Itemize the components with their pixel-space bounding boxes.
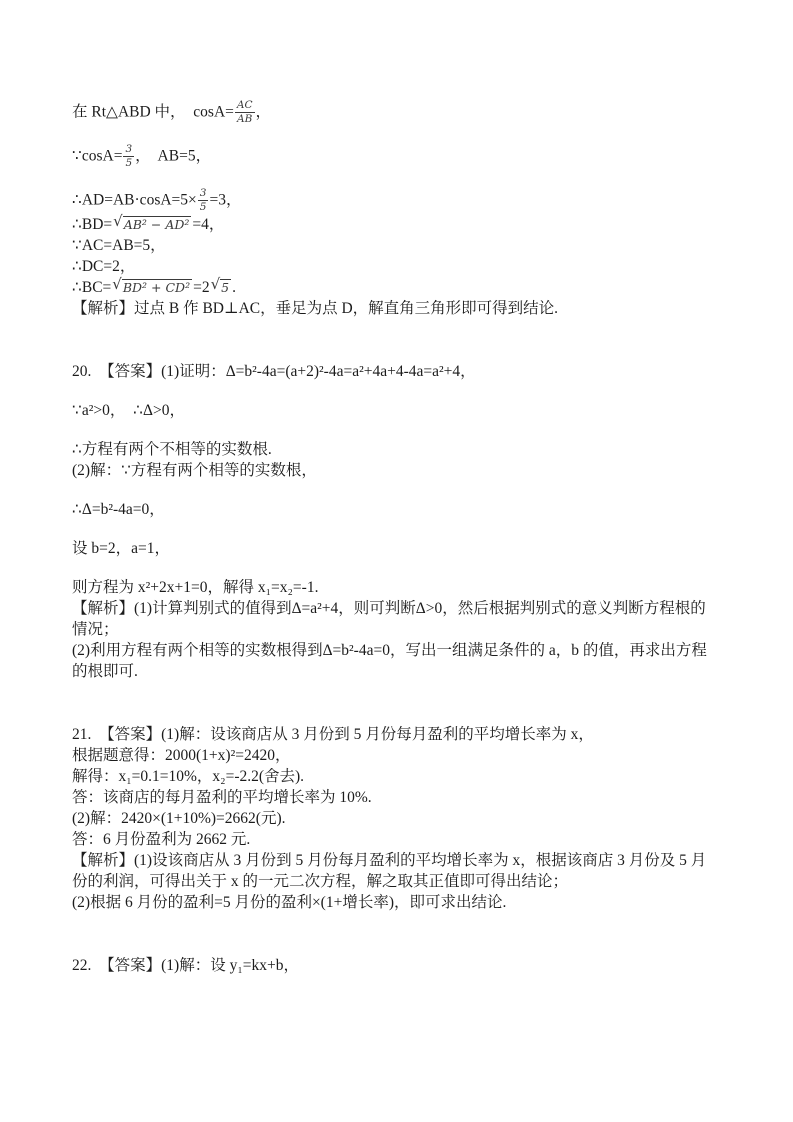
exam-answer-page: 在 Rt△ABD 中， cosA=ACAB，∵cosA=35， AB=5，∴AD…: [0, 0, 793, 1122]
text-run: (2)利用方程有两个相等的实数根得到Δ=b²-4a=0，写出一组满足条件的 a，…: [72, 642, 707, 659]
text-run: 21. 【答案】(1)解：设该商店从 3 月份到 5 月份每月盈利的平均增长率为…: [72, 726, 594, 743]
text-run: 份的利润，可得出关于 x 的一元二次方程，解之取其正值即可得出结论；: [72, 873, 568, 890]
text-run: 20. 【答案】(1)证明：Δ=b²-4a=(a+2)²-4a=a²+4a+4-…: [72, 363, 476, 380]
text-line: (2)根据 6 月份的盈利=5 月份的盈利×(1+增长率)，即可求出结论.: [72, 892, 735, 913]
text-line: ∵a²>0， ∴Δ>0，: [72, 400, 735, 421]
text-line: 设 b=2，a=1，: [72, 538, 735, 559]
text-run: 【解析】过点 B 作 BD⊥AC，垂足为点 D，解直角三角形即可得到结论.: [72, 300, 558, 317]
text-run: 【解析】(1)设该商店从 3 月份到 5 月份每月盈利的平均增长率为 x，根据该…: [72, 852, 706, 869]
text-line: ∴方程有两个不相等的实数根.: [72, 439, 735, 460]
text-run: (2)解：∵方程有两个相等的实数根，: [72, 462, 317, 479]
text-line: (2)解：2420×(1+10%)=2662(元).: [72, 808, 735, 829]
text-line: 答：该商店的每月盈利的平均增长率为 10%.: [72, 787, 735, 808]
text-line: 则方程为 x²+2x+1=0，解得 x₁=x₂=-1.: [72, 577, 735, 598]
text-line: 【解析】(1)设该商店从 3 月份到 5 月份每月盈利的平均增长率为 x，根据该…: [72, 850, 735, 871]
text-line: 答：6 月份盈利为 2662 元.: [72, 829, 735, 850]
text-run: 的根即可.: [72, 663, 138, 680]
text-run: ∴AD=AB·cosA=5×: [72, 192, 197, 209]
text-run: ∴DC=2，: [72, 258, 135, 275]
text-line: 20. 【答案】(1)证明：Δ=b²-4a=(a+2)²-4a=a²+4a+4-…: [72, 361, 735, 382]
text-line: 情况；: [72, 619, 735, 640]
text-line: ∴Δ=b²-4a=0，: [72, 499, 735, 520]
answer-21: 21. 【答案】(1)解：设该商店从 3 月份到 5 月份每月盈利的平均增长率为…: [72, 724, 735, 913]
text-run: ， AB=5，: [135, 148, 211, 165]
text-line: 在 Rt△ABD 中， cosA=ACAB，: [72, 100, 735, 126]
text-line: 份的利润，可得出关于 x 的一元二次方程，解之取其正值即可得出结论；: [72, 871, 735, 892]
text-run: 根据题意得：2000(1+x)²=2420，: [72, 747, 290, 764]
formula-fraction: 35: [198, 187, 209, 213]
text-run: ∵cosA=: [72, 148, 122, 165]
text-run: 在 Rt△ABD 中， cosA=: [72, 104, 234, 121]
text-line: 21. 【答案】(1)解：设该商店从 3 月份到 5 月份每月盈利的平均增长率为…: [72, 724, 735, 745]
text-run: 答：该商店的每月盈利的平均增长率为 10%.: [72, 789, 372, 806]
formula-fraction: ACAB: [235, 99, 255, 125]
text-line: ∴DC=2，: [72, 256, 735, 277]
text-run: .: [232, 279, 236, 296]
text-run: ∴BD=: [72, 216, 112, 233]
text-line: ∴AD=AB·cosA=5×35=3，: [72, 188, 735, 214]
text-run: =3，: [209, 192, 241, 209]
document-body: 在 Rt△ABD 中， cosA=ACAB，∵cosA=35， AB=5，∴AD…: [72, 100, 735, 976]
text-line: ∴BC=√BD² + CD²=2√5.: [72, 277, 735, 298]
answer-19-continuation: 在 Rt△ABD 中， cosA=ACAB，∵cosA=35， AB=5，∴AD…: [72, 100, 735, 319]
formula-radical: √5: [211, 277, 232, 298]
text-line: (2)解：∵方程有两个相等的实数根，: [72, 460, 735, 481]
formula-fraction: 35: [123, 143, 134, 169]
text-run: ∵AC=AB=5，: [72, 237, 166, 254]
text-line: 解得：x₁=0.1=10%，x₂=-2.2(舍去).: [72, 766, 735, 787]
text-run: (2)根据 6 月份的盈利=5 月份的盈利×(1+增长率)，即可求出结论.: [72, 894, 506, 911]
text-run: =4，: [192, 216, 224, 233]
text-run: 【解析】(1)计算判别式的值得到Δ=a²+4，则可判断Δ>0，然后根据判别式的意…: [72, 600, 706, 617]
text-run: 22. 【答案】(1)解：设 y₁=kx+b，: [72, 957, 299, 974]
text-line: ∵cosA=35， AB=5，: [72, 144, 735, 170]
text-line: 根据题意得：2000(1+x)²=2420，: [72, 745, 735, 766]
text-run: =2: [193, 279, 210, 296]
answer-20: 20. 【答案】(1)证明：Δ=b²-4a=(a+2)²-4a=a²+4a+4-…: [72, 361, 735, 682]
text-run: 解得：x₁=0.1=10%，x₂=-2.2(舍去).: [72, 768, 304, 785]
answer-22: 22. 【答案】(1)解：设 y₁=kx+b，: [72, 955, 735, 976]
formula-radical: √BD² + CD²: [112, 277, 192, 298]
text-line: ∵AC=AB=5，: [72, 235, 735, 256]
text-line: 22. 【答案】(1)解：设 y₁=kx+b，: [72, 955, 735, 976]
text-run: (2)解：2420×(1+10%)=2662(元).: [72, 810, 285, 827]
text-run: 答：6 月份盈利为 2662 元.: [72, 831, 250, 848]
text-run: ∴BC=: [72, 279, 111, 296]
text-line: (2)利用方程有两个相等的实数根得到Δ=b²-4a=0，写出一组满足条件的 a，…: [72, 640, 735, 661]
formula-radical: √AB² − AD²: [113, 214, 191, 235]
text-run: ，: [256, 104, 272, 121]
text-run: 情况；: [72, 621, 119, 638]
text-run: ∴Δ=b²-4a=0，: [72, 501, 165, 518]
text-run: ∴方程有两个不相等的实数根.: [72, 441, 272, 458]
text-line: 【解析】过点 B 作 BD⊥AC，垂足为点 D，解直角三角形即可得到结论.: [72, 298, 735, 319]
text-line: ∴BD=√AB² − AD²=4，: [72, 214, 735, 235]
text-line: 的根即可.: [72, 661, 735, 682]
text-run: 设 b=2，a=1，: [72, 540, 170, 557]
text-run: ∵a²>0， ∴Δ>0，: [72, 402, 185, 419]
text-run: 则方程为 x²+2x+1=0，解得 x₁=x₂=-1.: [72, 579, 318, 596]
text-line: 【解析】(1)计算判别式的值得到Δ=a²+4，则可判断Δ>0，然后根据判别式的意…: [72, 598, 735, 619]
